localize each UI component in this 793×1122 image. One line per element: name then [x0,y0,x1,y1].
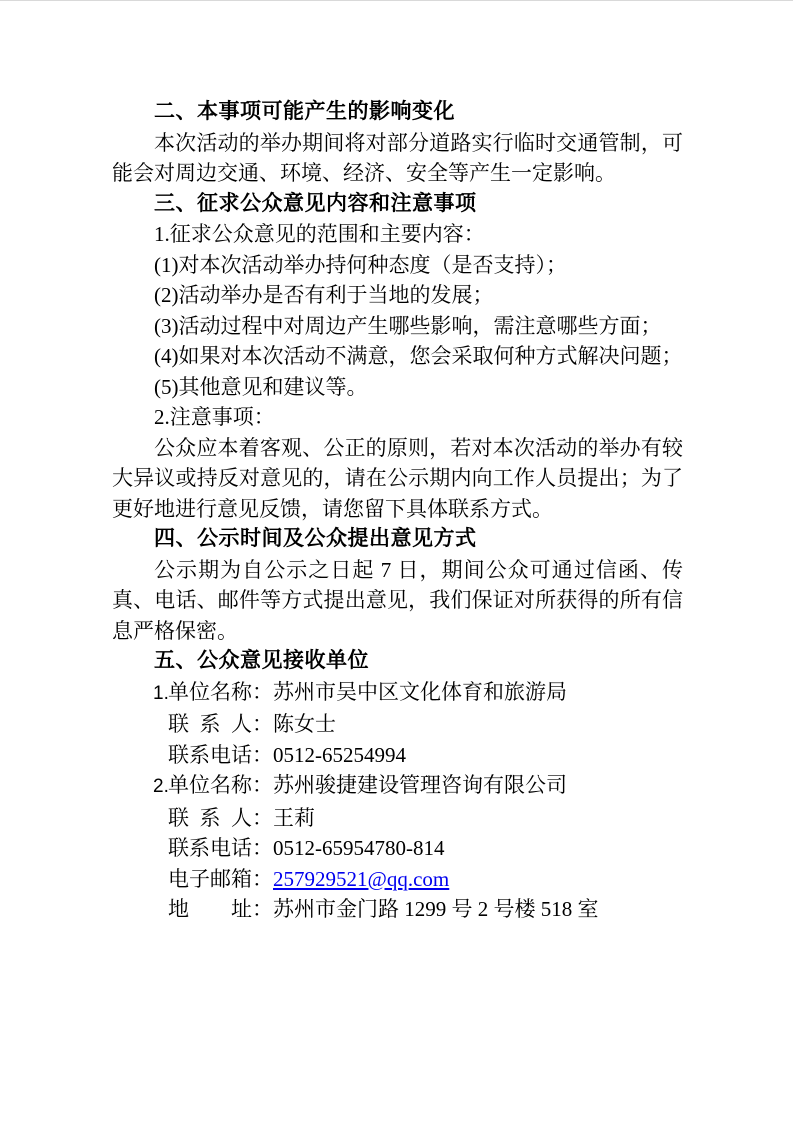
contact-label: 联 系 人： [168,806,273,830]
list-item: 2.注意事项： [112,402,683,433]
contact-value: 苏州市金门路 1299 号 2 号楼 518 室 [273,897,599,921]
contact-row: 电子邮箱：257929521@qq.com [112,864,683,895]
list-item: (1)对本次活动举办持何种态度（是否支持）； [112,250,683,281]
contact-row: 联 系 人：陈女士 [112,709,683,740]
list-item: (3)活动过程中对周边产生哪些影响，需注意哪些方面； [112,311,683,342]
contact-label: 联系电话： [168,836,273,860]
section-heading-2: 二、本事项可能产生的影响变化 [112,97,683,128]
section-heading-5: 五、公众意见接收单位 [112,646,683,677]
contact-value: 0512-65954780-814 [273,836,445,860]
contact-row: 联系电话：0512-65254994 [112,740,683,771]
contact-value: 苏州市吴中区文化体育和旅游局 [273,680,567,704]
email-link[interactable]: 257929521@qq.com [273,867,449,891]
list-item: (2)活动举办是否有利于当地的发展； [112,280,683,311]
contact-row: 2.单位名称：苏州骏捷建设管理咨询有限公司 [112,770,683,803]
contact-label: 地 址： [168,897,273,921]
contact-value: 苏州骏捷建设管理咨询有限公司 [273,773,567,797]
contact-value: 0512-65254994 [273,743,406,767]
paragraph: 本次活动的举办期间将对部分道路实行临时交通管制，可能会对周边交通、环境、经济、安… [112,128,683,189]
paragraph: 公示期为自公示之日起 7 日，期间公众可通过信函、传真、电话、邮件等方式提出意见… [112,555,683,647]
section-heading-3: 三、征求公众意见内容和注意事项 [112,189,683,220]
list-item: (5)其他意见和建议等。 [112,372,683,403]
contact-label: 单位名称： [168,773,273,797]
contact-label: 联系电话： [168,743,273,767]
contact-row: 地 址：苏州市金门路 1299 号 2 号楼 518 室 [112,894,683,925]
contact-value: 陈女士 [273,712,336,736]
contact-row: 1.单位名称：苏州市吴中区文化体育和旅游局 [112,677,683,710]
contact-value: 王莉 [273,806,315,830]
paragraph: 公众应本着客观、公正的原则，若对本次活动的举办有较大异议或持反对意见的，请在公示… [112,433,683,525]
contact-label: 电子邮箱： [168,867,273,891]
contact-entry: 2.单位名称：苏州骏捷建设管理咨询有限公司 联 系 人：王莉 联系电话：0512… [112,770,683,925]
contact-entry: 1.单位名称：苏州市吴中区文化体育和旅游局 联 系 人：陈女士 联系电话：051… [112,677,683,771]
contact-label: 单位名称： [168,680,273,704]
contact-index: 2. [153,772,168,803]
list-item: 1.征求公众意见的范围和主要内容： [112,219,683,250]
section-heading-4: 四、公示时间及公众提出意见方式 [112,524,683,555]
contact-row: 联 系 人：王莉 [112,803,683,834]
contact-index: 1. [153,679,168,710]
contact-row: 联系电话：0512-65954780-814 [112,833,683,864]
list-item: (4)如果对本次活动不满意，您会采取何种方式解决问题； [112,341,683,372]
contact-label: 联 系 人： [168,712,273,736]
document-page: 二、本事项可能产生的影响变化 本次活动的举办期间将对部分道路实行临时交通管制，可… [0,0,793,1122]
